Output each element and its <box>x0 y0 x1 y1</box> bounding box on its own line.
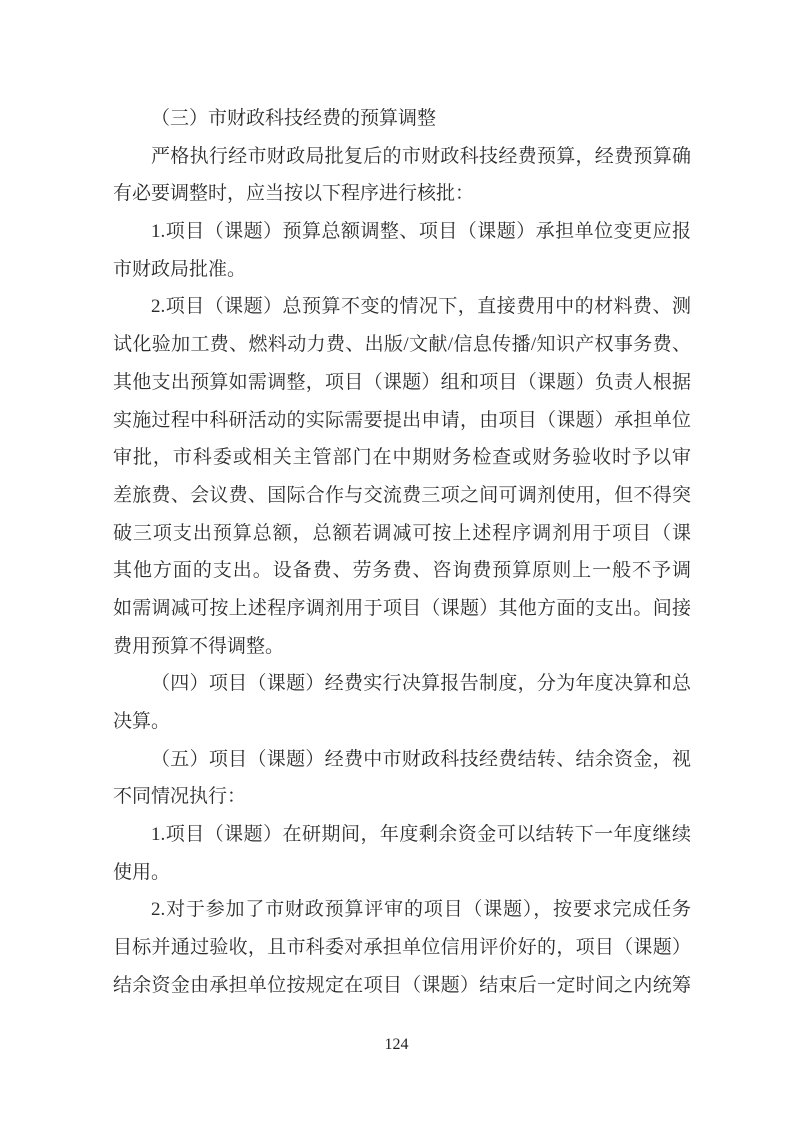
paragraph: 严格执行经市财政局批复后的市财政科技经费预算，经费预算确有必要调整时，应当按以下… <box>113 138 691 213</box>
text-line: 破三项支出预算总额，总额若调减可按上述程序调剂用于项目（课题） <box>113 515 691 553</box>
text-line: 决算。 <box>113 703 691 741</box>
text-line: 严格执行经市财政局批复后的市财政科技经费预算，经费预算确 <box>113 138 691 176</box>
paragraph: （四）项目（课题）经费实行决算报告制度，分为年度决算和总决算。 <box>113 665 691 740</box>
text-line: 1.项目（课题）在研期间，年度剩余资金可以结转下一年度继续 <box>113 816 691 854</box>
paragraph: 2.项目（课题）总预算不变的情况下，直接费用中的材料费、测试化验加工费、燃料动力… <box>113 288 691 665</box>
text-line: 1.项目（课题）预算总额调整、项目（课题）承担单位变更应报 <box>113 213 691 251</box>
text-line: 如需调减可按上述程序调剂用于项目（课题）其他方面的支出。间接 <box>113 590 691 628</box>
page-number: 124 <box>0 1036 793 1054</box>
document-body: （三）市财政科技经费的预算调整严格执行经市财政局批复后的市财政科技经费预算，经费… <box>113 100 691 1005</box>
text-line: 审批，市科委或相关主管部门在中期财务检查或财务验收时予以审核。 <box>113 439 691 477</box>
text-line: 市财政局批准。 <box>113 251 691 289</box>
paragraph: （五）项目（课题）经费中市财政科技经费结转、结余资金，视不同情况执行： <box>113 741 691 816</box>
text-line: 2.对于参加了市财政预算评审的项目（课题），按要求完成任务 <box>113 891 691 929</box>
text-line: 有必要调整时，应当按以下程序进行核批： <box>113 175 691 213</box>
text-line: （五）项目（课题）经费中市财政科技经费结转、结余资金，视 <box>113 741 691 779</box>
paragraph: 1.项目（课题）在研期间，年度剩余资金可以结转下一年度继续使用。 <box>113 816 691 891</box>
paragraph: 1.项目（课题）预算总额调整、项目（课题）承担单位变更应报市财政局批准。 <box>113 213 691 288</box>
text-line: 不同情况执行： <box>113 778 691 816</box>
paragraph: 2.对于参加了市财政预算评审的项目（课题），按要求完成任务目标并通过验收，且市科… <box>113 891 691 1004</box>
paragraph: （三）市财政科技经费的预算调整 <box>113 100 691 138</box>
text-line: 其他支出预算如需调整，项目（课题）组和项目（课题）负责人根据 <box>113 364 691 402</box>
text-line: 使用。 <box>113 854 691 892</box>
text-line: （四）项目（课题）经费实行决算报告制度，分为年度决算和总 <box>113 665 691 703</box>
text-line: 结余资金由承担单位按规定在项目（课题）结束后一定时间之内统筹 <box>113 967 691 1005</box>
document-page: （三）市财政科技经费的预算调整严格执行经市财政局批复后的市财政科技经费预算，经费… <box>0 0 793 1122</box>
text-line: 目标并通过验收，且市科委对承担单位信用评价好的，项目（课题） <box>113 929 691 967</box>
text-line: （三）市财政科技经费的预算调整 <box>113 100 691 138</box>
text-line: 费用预算不得调整。 <box>113 628 691 666</box>
text-line: 实施过程中科研活动的实际需要提出申请，由项目（课题）承担单位 <box>113 402 691 440</box>
text-line: 2.项目（课题）总预算不变的情况下，直接费用中的材料费、测 <box>113 288 691 326</box>
text-line: 差旅费、会议费、国际合作与交流费三项之间可调剂使用，但不得突 <box>113 477 691 515</box>
text-line: 其他方面的支出。设备费、劳务费、咨询费预算原则上一般不予调增， <box>113 552 691 590</box>
text-line: 试化验加工费、燃料动力费、出版/文献/信息传播/知识产权事务费、 <box>113 326 691 364</box>
